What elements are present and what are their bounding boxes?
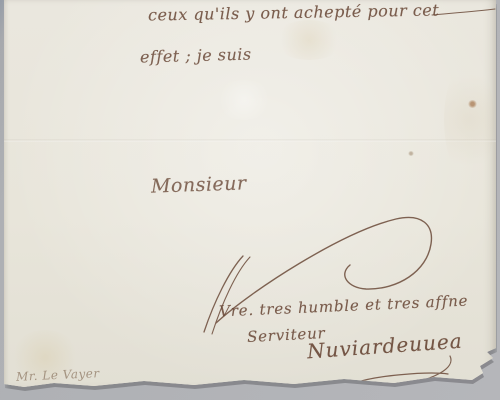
photo-backdrop: ceux qu'ils y ont achepté pour cet effet… [0,0,500,400]
ink-flourish-graphic [4,0,496,392]
v-flourish-stroke [204,256,243,332]
big-loop-flourish [216,217,431,323]
letter-paper: ceux qu'ils y ont achepté pour cet effet… [4,0,496,392]
v-flourish-stroke [212,257,250,334]
line1-trailing-dash [432,9,495,15]
